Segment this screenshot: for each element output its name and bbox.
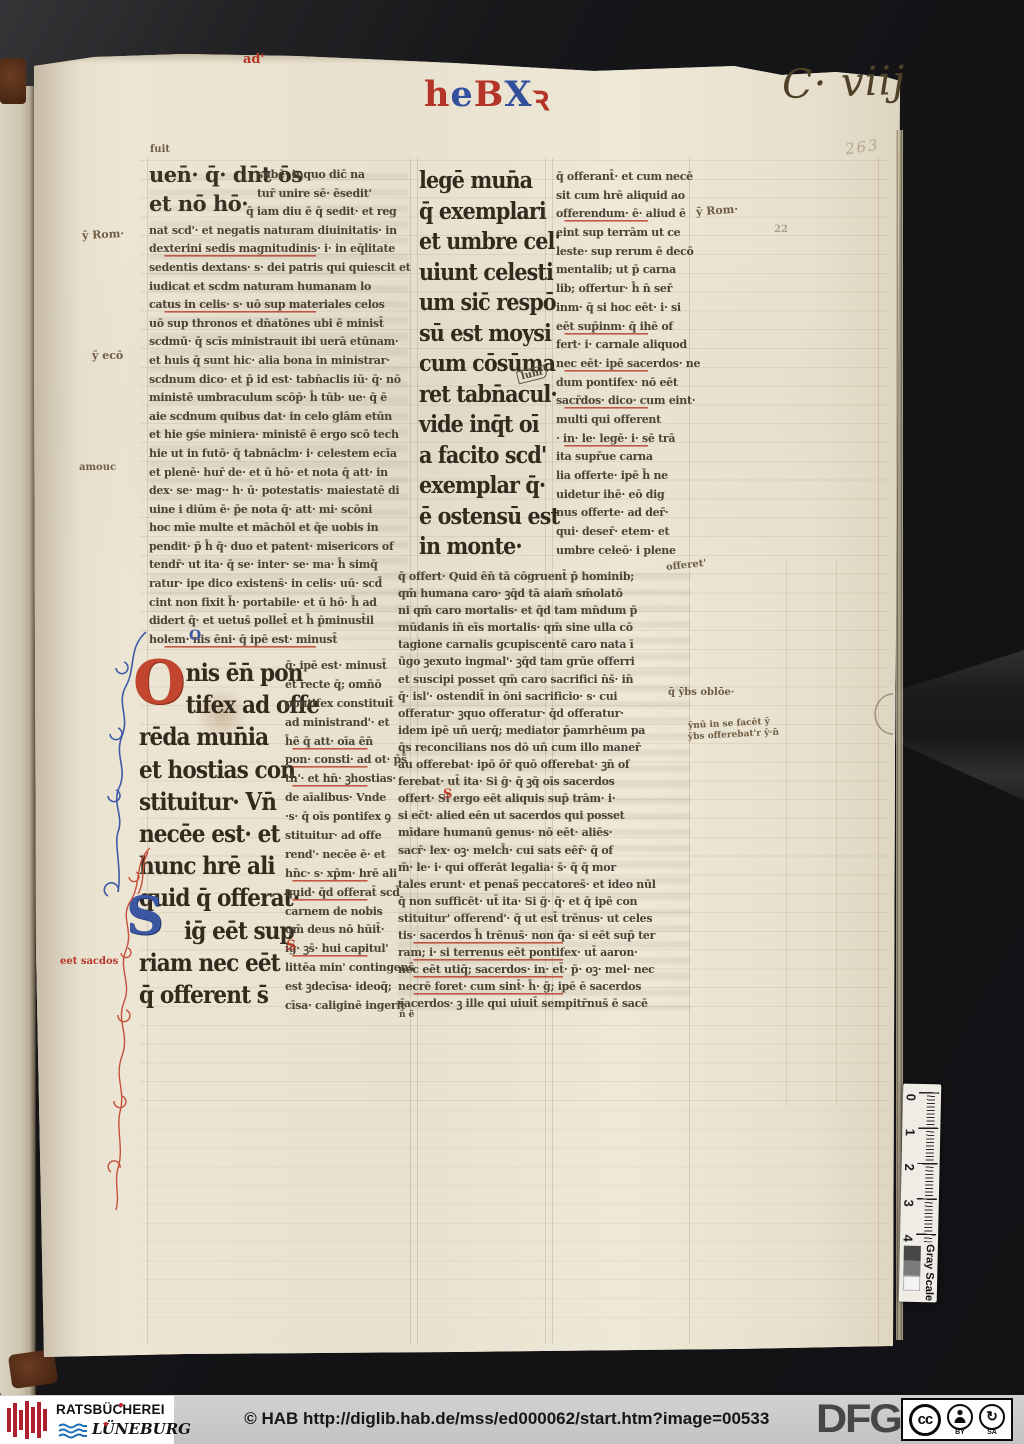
lemma-line: legē mun̄a: [419, 166, 563, 197]
gloss-line: et suscipi posset qm̄ caro sacrifici n̄s…: [398, 671, 656, 688]
gloss-line: ratur· ipe dico existens̄· in celis· uū·…: [149, 575, 410, 594]
library-name: RATSBÜCHEREI: [56, 1402, 165, 1417]
cc-license-badge: cc BY ↻ SA: [901, 1398, 1013, 1441]
gloss-line: carnem de nobis: [285, 903, 414, 922]
gloss-line: au offerebat· ipō ōr̄ quō offerebat· ꝫn̄…: [398, 756, 656, 773]
gloss-line: mīdare humanū genus· nō eēt· aliēs·: [398, 824, 656, 841]
gloss-line: eēt sup̄inm· q̄ ihē of: [556, 318, 700, 337]
wave-icon: [58, 1423, 88, 1439]
lemma-line: in monte·: [419, 532, 563, 563]
gloss-line: et hie gśe miniera· ministē ē ergo scō t…: [149, 426, 410, 445]
lemma-line: ret tabn̄acul·: [419, 380, 563, 411]
book-fore-edge: [0, 86, 36, 1396]
running-title-letter: e: [450, 74, 473, 121]
cc-sa-label: SA: [987, 1429, 997, 1436]
gloss-line: inm· q̄ si hoc eēt· i· si: [556, 299, 700, 318]
cc-sa-icon: ↻: [979, 1404, 1005, 1430]
ruler-number: 4: [900, 1231, 915, 1245]
gloss-line: lib; offertur· h̄ n̄ ser̄: [556, 280, 700, 299]
gloss-line: q̄· ipē est· minust̄: [285, 657, 414, 676]
umlaut-dot: [119, 1403, 123, 1407]
gloss-line: m̄· le· i· qui offerāt legalia· s̄· q̄ q…: [398, 859, 656, 876]
gloss-line: · in· le· legē· i· sē trā: [556, 430, 700, 449]
gloss-line: eint sup terrām ut ce: [556, 224, 700, 243]
gloss-line: ministē umbraculum scōp̄· h̄ tūb· ue· q̄…: [149, 389, 410, 408]
gloss-line: ūgo ꝫexuto ingmal'· ꝫq̄d tam grūe offerr…: [398, 653, 656, 670]
cc-by-icon: [947, 1404, 973, 1430]
red-bars-icon: [7, 1401, 49, 1439]
photo-stage: heBXꝛ C· viij 263 legē mun̄aq̄ exemplari…: [0, 0, 1024, 1444]
lemma-line: rēda mun̄ia: [139, 721, 292, 753]
running-title-heb: heBXꝛ: [424, 74, 550, 121]
gloss-line: leste· sup rerum ē decō: [556, 243, 700, 262]
gloss-line: q̄· isl'· ostendit̄ in ōni sacrificio· s…: [398, 688, 656, 705]
running-title-letter: h: [424, 74, 450, 121]
margin-note: eet sacdos: [60, 956, 118, 967]
gloss-line: nec eēt utiq̄; sacerdos· in· et̄· p̄· oꝫ…: [398, 961, 656, 978]
lemma-line: a facito scd': [419, 441, 563, 472]
gloss-line: tales erunt· et penas̄ peccatores̄· et i…: [398, 876, 656, 893]
gloss-line: scdmū· q̄ scīs ministrauit ibi uerā etūn…: [149, 333, 410, 352]
gloss-line: sit cum hrē aliquid ao: [556, 187, 700, 206]
rubric-s-mid: S: [286, 938, 296, 954]
cc-by-label: BY: [955, 1429, 965, 1436]
gloss-line: sacr̄· lex· oꝫ· melch̄· cui sats eēr̄· q…: [398, 842, 656, 859]
gloss-line: iḡ· ꝫs̄· hui capitul': [285, 940, 414, 959]
gloss-line: uidetur ihē· eō dig: [556, 486, 700, 505]
gloss-line: uine i diūm ē· p̄e nota q̄· att· mi· scō…: [149, 501, 410, 520]
gloss-line: offeratur· ꝫquo offeratur· q̄d offeratur…: [398, 705, 656, 722]
gloss-line: sacr̄dos· dico· cum eint·: [556, 392, 700, 411]
gloss-line: nus offerte· ad der̄·: [556, 504, 700, 523]
gloss-line: offerendum· ē· aliud ē: [556, 205, 700, 224]
margin-note: ȳ ecō: [92, 349, 123, 362]
ruler-number: 3: [901, 1196, 916, 1210]
lemma-line: et hostias con: [139, 754, 292, 786]
lemma-line: stituitur· Vn̄: [139, 786, 292, 818]
margin-note: ȳ Rom·: [82, 227, 125, 242]
ruler-number: 2: [902, 1160, 917, 1174]
cc-icon: cc: [909, 1404, 941, 1436]
gloss-line: dexterini sedis magnitudinis· i· in eq̄l…: [149, 240, 410, 259]
gloss-line: necrē foret· cum sint̄· h̄· ḡ; ipē ē sac…: [398, 978, 656, 995]
running-title-letter: X: [504, 74, 532, 121]
gloss-line: offert· Si ergo eēt aliquis sup̄ trām· i…: [398, 790, 656, 807]
gloss-line: ·s· q̄ oīs pontifex ꝯ: [285, 808, 414, 827]
footer-bar: RATSBÜCHEREI LÜNEBURG © HAB http://digli…: [0, 1395, 1024, 1444]
gloss-line: tis· sacerdos h̄ trēnus̄· non q̄a· si eē…: [398, 927, 656, 944]
gloss-line: littēa min' contingens̄: [285, 959, 414, 978]
leather-binding-top: [0, 58, 26, 104]
gloss-line: de aīalibus· Vnde: [285, 789, 414, 808]
gloss-line: hn̄c· s· xp̄m· hrē ali: [285, 865, 414, 884]
margin-note: amouc: [79, 462, 116, 473]
lemma-line: exemplar q̄·: [419, 471, 563, 502]
lemma-line: riam nec eēt: [139, 947, 292, 979]
initial-small-o: O: [189, 628, 201, 644]
gloss-line: si ec̄t· alied eēn ut sacerdos qui posse…: [398, 807, 656, 824]
margin-note: 22: [774, 224, 788, 235]
gloss-line: et recte q̄; omn̄ō: [285, 676, 414, 695]
rubric-s-wide: S: [443, 787, 452, 802]
gloss-line: ad ministrand'· et: [285, 714, 414, 733]
copyright-url: © HAB http://diglib.hab.de/mss/ed000062/…: [244, 1409, 769, 1429]
gloss-line: rend'· necēe ē· et: [285, 846, 414, 865]
gloss-line: nat scd'· et negatis naturam diuinitatis…: [149, 222, 410, 241]
gloss-line: mentalib; ut p̄ carna: [556, 261, 700, 280]
gloss-column-left: subē· inquo dic̄ natur̄ unire sē· ēsedit…: [149, 166, 410, 649]
lemma-line: necēe est· et: [139, 818, 292, 850]
gloss-line: q̄s reconcilians nos dō un̄ cum illo man…: [398, 739, 656, 756]
gloss-line: sedentis dextans· s· dei patris qui quie…: [149, 259, 410, 278]
gloss-line: q̄ non sufficēt· ut̄ ita· Si ḡ· q̄· et q…: [398, 893, 656, 910]
ruler-ticks-major: [916, 1092, 939, 1242]
running-title-letter: ꝛ: [532, 74, 550, 121]
lemma-line: vide inq̄t oī: [419, 410, 563, 441]
gloss-line: dum pontifex· nō eēt: [556, 374, 700, 393]
gray-patch-mid: [903, 1261, 920, 1276]
lemma-line: uiunt celesti: [419, 258, 563, 289]
gloss-line: quid· q̄d offerat̄ scd̄: [285, 884, 414, 903]
gloss-line: tagione carnalis gcupiscentē caro nata ī: [398, 636, 656, 653]
lemma-line: q̄ offerent s̄: [139, 979, 292, 1011]
ruler-number: 1: [903, 1125, 918, 1139]
running-title-letter: B: [474, 74, 505, 121]
gloss-line: multi qui offerent: [556, 411, 700, 430]
ruling-vertical: [836, 560, 837, 1105]
catchword: ñ ē: [399, 1010, 414, 1020]
chapter-number: C· viij: [781, 58, 906, 108]
margin-note: fuit: [150, 144, 170, 155]
lemma-line: um sic̄ respō: [419, 288, 563, 319]
gloss-line: ram; i· si terrenus eēt pontifex· ut̄ aa…: [398, 944, 656, 961]
gloss-line: dex· se· mag·· h· ū· potestatis· maiesta…: [149, 482, 410, 501]
gloss-line: cint non fixit h̄· portabile· et ū hō· h…: [149, 594, 410, 613]
gray-scale-label: Gray Scale: [923, 1244, 936, 1301]
ruler-number: 0: [903, 1090, 918, 1104]
gloss-line: h̄ē q̄ att· oīa ēn̄: [285, 733, 414, 752]
gloss-line: qm̄ humana caro· ꝫq̄d tā aiam̄ sm̄olatō: [398, 585, 656, 602]
gray-patch-dark: [904, 1246, 921, 1261]
gloss-line: hoc mīe multe et māchōl et q̄e uobis in: [149, 519, 410, 538]
lemma-line: sū est moysi: [419, 319, 563, 350]
gloss-line: uō sup thronos et dn̄atōnes ubi ē minist…: [149, 315, 410, 334]
dfg-logo: DFG: [816, 1397, 901, 1442]
gloss-line: fert· i· carnale aliquod: [556, 336, 700, 355]
gloss-line: ita supr̄ue carna: [556, 448, 700, 467]
gloss-line: nec eēt· ipē sacerdos· ne: [556, 355, 700, 374]
ruler: 01234 Gray Scale: [899, 1084, 942, 1303]
umlaut-dot: [104, 1422, 108, 1426]
ruling-lines-faint: [140, 1110, 888, 1342]
gloss-line: iudicat et scdm naturam humanam lo: [149, 278, 410, 297]
gloss-line: q̄ offert· Quid ēn̄ tā cōgruent̄ p̄ homi…: [398, 568, 656, 585]
gloss-line: pon· consti· ad ot· p̄s̄: [285, 751, 414, 770]
gloss-line: catus in celis· s· uō sup materiales cel…: [149, 296, 410, 315]
gloss-column-middle: q̄· ipē est· minust̄et recte q̄; omn̄ōpo…: [285, 657, 414, 1016]
gloss-line: et plenē· hur̄ de· et ū hō· et nota q̄ a…: [149, 464, 410, 483]
gloss-block-wide: q̄ offert· Quid ēn̄ tā cōgruent̄ p̄ homi…: [398, 568, 656, 1012]
gray-patch-white: [903, 1276, 920, 1291]
margin-note: ad': [243, 52, 265, 67]
ruling-vertical: [878, 158, 879, 1344]
gloss-line: tendr̄· ut ita· q̄ se· inter· se· ma· h̄…: [149, 556, 410, 575]
gloss-line: tur̄ unire sē· ēsedit': [149, 185, 410, 204]
lemma-line: et umbre cel': [419, 227, 563, 258]
gloss-line: stituitur' offerend'· q̄ ut est̄ trēnus·…: [398, 910, 656, 927]
gloss-line: scdnum dico· et p̄ id est· tabn̄aclis iū…: [149, 371, 410, 390]
gloss-line: est ꝫdecīsa· ideoq̄;: [285, 978, 414, 997]
gloss-column-right: q̄ offerant̄· et cum necēsit cum hrē ali…: [556, 168, 700, 560]
lemma-line: q̄ exemplari: [419, 197, 563, 228]
gloss-line: aie scdnum quibus dat· in celo glām etūn: [149, 408, 410, 427]
gloss-line: qui· deser̄· etem· et: [556, 523, 700, 542]
gloss-line: q̄ offerant̄· et cum necē: [556, 168, 700, 187]
margin-note: q̄ ȳbs oblōe·: [668, 687, 734, 698]
gloss-line: idem ipē un̄ uerq̄; mediator p̄amrhēum p…: [398, 722, 656, 739]
initial-o: O: [133, 648, 185, 718]
ratsbuecherei-logo: RATSBÜCHEREI LÜNEBURG: [0, 1396, 174, 1444]
gloss-line: q̄ iam diu ē q̄ sedit· et reg: [149, 203, 410, 222]
gloss-line: subē· inquo dic̄ na: [149, 166, 410, 185]
gloss-line: ni qm̄ caro mortalis· et q̄d tam mn̄dum …: [398, 602, 656, 619]
gloss-line: hie ut in futō· q̄ tabnāclm· i· celestem…: [149, 445, 410, 464]
gloss-line: mūdanis in̄ eīs mortalis· qm̄ sine ulla …: [398, 619, 656, 636]
gloss-line: pontifex constituit̄: [285, 695, 414, 714]
gloss-line: ferebat· ut̄ ita· Si ḡ· q̄ ꝫq̄ oīs sacer…: [398, 773, 656, 790]
gloss-line: stituitur· ad offe: [285, 827, 414, 846]
lemma-line: hunc hrē ali: [139, 850, 292, 882]
initial-s: S: [126, 886, 164, 947]
gloss-line: pendit· p̄ h̄ q̄· duo et patent· miseric…: [149, 538, 410, 557]
gloss-line: qm̄ deus nō hūit̄·: [285, 921, 414, 940]
gloss-line: lia offerte· ipē h̄ ne: [556, 467, 700, 486]
gloss-line: sacerdos· ꝫ ille qui uiuit̄ sempitr̄nus̄…: [398, 995, 656, 1012]
gloss-line: umbre celeō· i plene: [556, 542, 700, 561]
gloss-line: th'· et hn̄· ꝫhostias·: [285, 770, 414, 789]
gloss-line: et huis q̄ sunt hic· alia bona in minist…: [149, 352, 410, 371]
ruling-vertical: [786, 560, 787, 1105]
lemma-line: ē ostensū est: [419, 502, 563, 533]
gloss-line: cīsa· caliginē ingerit̄: [285, 997, 414, 1016]
